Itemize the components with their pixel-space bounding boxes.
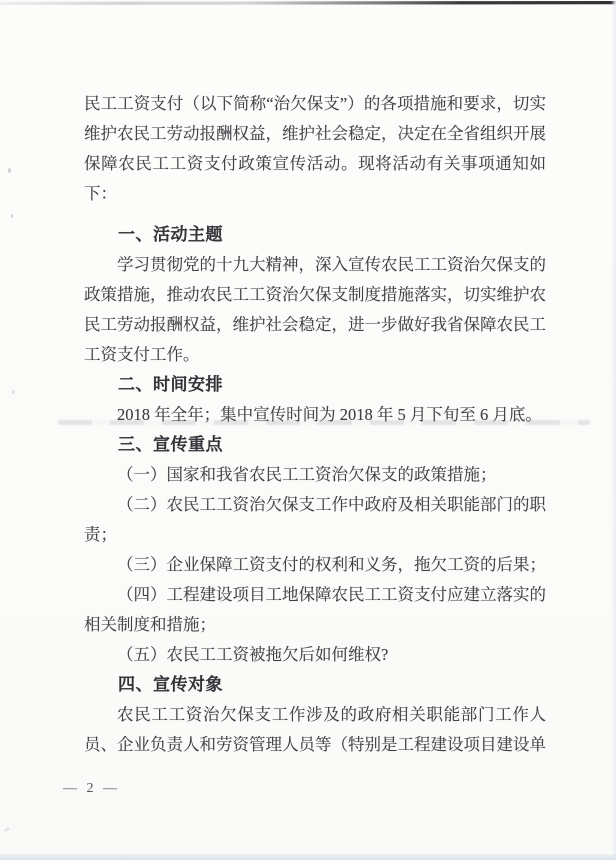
document-section: 二、时间安排 2018 年全年；集中宣传时间为 2018 年 5 月下旬至 6 … <box>84 370 546 430</box>
body-paragraph: （二）农民工工资治欠保支工作中政府及相关职能部门的职责； <box>84 490 546 550</box>
scan-artifact-top-edge <box>0 1 616 5</box>
body-paragraph: （一）国家和我省农民工工资治欠保支的政策措施； <box>84 460 546 490</box>
body-paragraph: （五）农民工工资被拖欠后如何维权? <box>84 640 546 670</box>
document-body: 民工工资支付（以下简称“治欠保支”）的各项措施和要求，切实维护农民工劳动报酬权益… <box>84 89 546 760</box>
section-heading: 一、活动主题 <box>84 220 546 250</box>
sections-container: 一、活动主题 学习贯彻党的十九大精神，深入宣传农民工工资治欠保支的政策措施，推动… <box>84 220 546 760</box>
scanned-document-page: { "page": { "number_label": "— 2 —" }, "… <box>0 0 616 860</box>
section-heading: 三、宣传重点 <box>84 430 546 460</box>
section-heading: 四、宣传对象 <box>84 670 546 700</box>
scan-artifact-speck <box>12 390 15 394</box>
scan-artifact-speck <box>11 214 13 218</box>
body-paragraph: （三）企业保障工资支付的权利和义务，拖欠工资的后果； <box>84 550 546 580</box>
document-section: 一、活动主题 学习贯彻党的十九大精神，深入宣传农民工工资治欠保支的政策措施，推动… <box>84 220 546 370</box>
scan-artifact-bottom-edge <box>0 854 616 860</box>
body-paragraph: 农民工工资治欠保支工作涉及的政府相关职能部门工作人员、企业负责人和劳资管理人员等… <box>84 700 546 760</box>
body-paragraph: （四）工程建设项目工地保障农民工工资支付应建立落实的相关制度和措施； <box>84 580 546 640</box>
body-paragraph: 学习贯彻党的十九大精神，深入宣传农民工工资治欠保支的政策措施，推动农民工工资治欠… <box>84 250 546 370</box>
body-paragraph: 2018 年全年；集中宣传时间为 2018 年 5 月下旬至 6 月底。 <box>84 400 546 430</box>
scan-artifact-speck <box>4 827 11 833</box>
scan-artifact-speck <box>8 168 11 173</box>
document-section: 三、宣传重点 （一）国家和我省农民工工资治欠保支的政策措施；（二）农民工工资治欠… <box>84 430 546 670</box>
intro-paragraph: 民工工资支付（以下简称“治欠保支”）的各项措施和要求，切实维护农民工劳动报酬权益… <box>84 89 546 209</box>
scan-artifact-right-edge <box>611 0 616 860</box>
document-section: 四、宣传对象 农民工工资治欠保支工作涉及的政府相关职能部门工作人员、企业负责人和… <box>84 670 546 760</box>
page-number: — 2 — <box>63 781 120 797</box>
section-heading: 二、时间安排 <box>84 370 546 400</box>
